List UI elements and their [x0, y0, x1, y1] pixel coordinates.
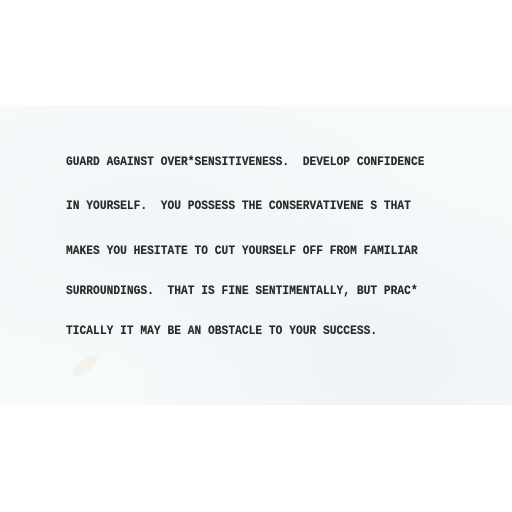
text-line: TICALLY IT MAY BE AN OBSTACLE TO YOUR SU… — [66, 325, 377, 339]
text-line: IN YOURSELF. YOU POSSESS THE CONSERVATIV… — [66, 200, 411, 214]
text-line: MAKES YOU HESITATE TO CUT YOURSELF OFF F… — [66, 245, 418, 259]
typed-paragraph: GUARD AGAINST OVER*SENSITIVENESS. DEVELO… — [0, 0, 512, 512]
text-line: SURROUNDINGS. THAT IS FINE SENTIMENTALLY… — [66, 285, 418, 299]
page: GUARD AGAINST OVER*SENSITIVENESS. DEVELO… — [0, 0, 512, 512]
text-line: GUARD AGAINST OVER*SENSITIVENESS. DEVELO… — [66, 156, 424, 170]
